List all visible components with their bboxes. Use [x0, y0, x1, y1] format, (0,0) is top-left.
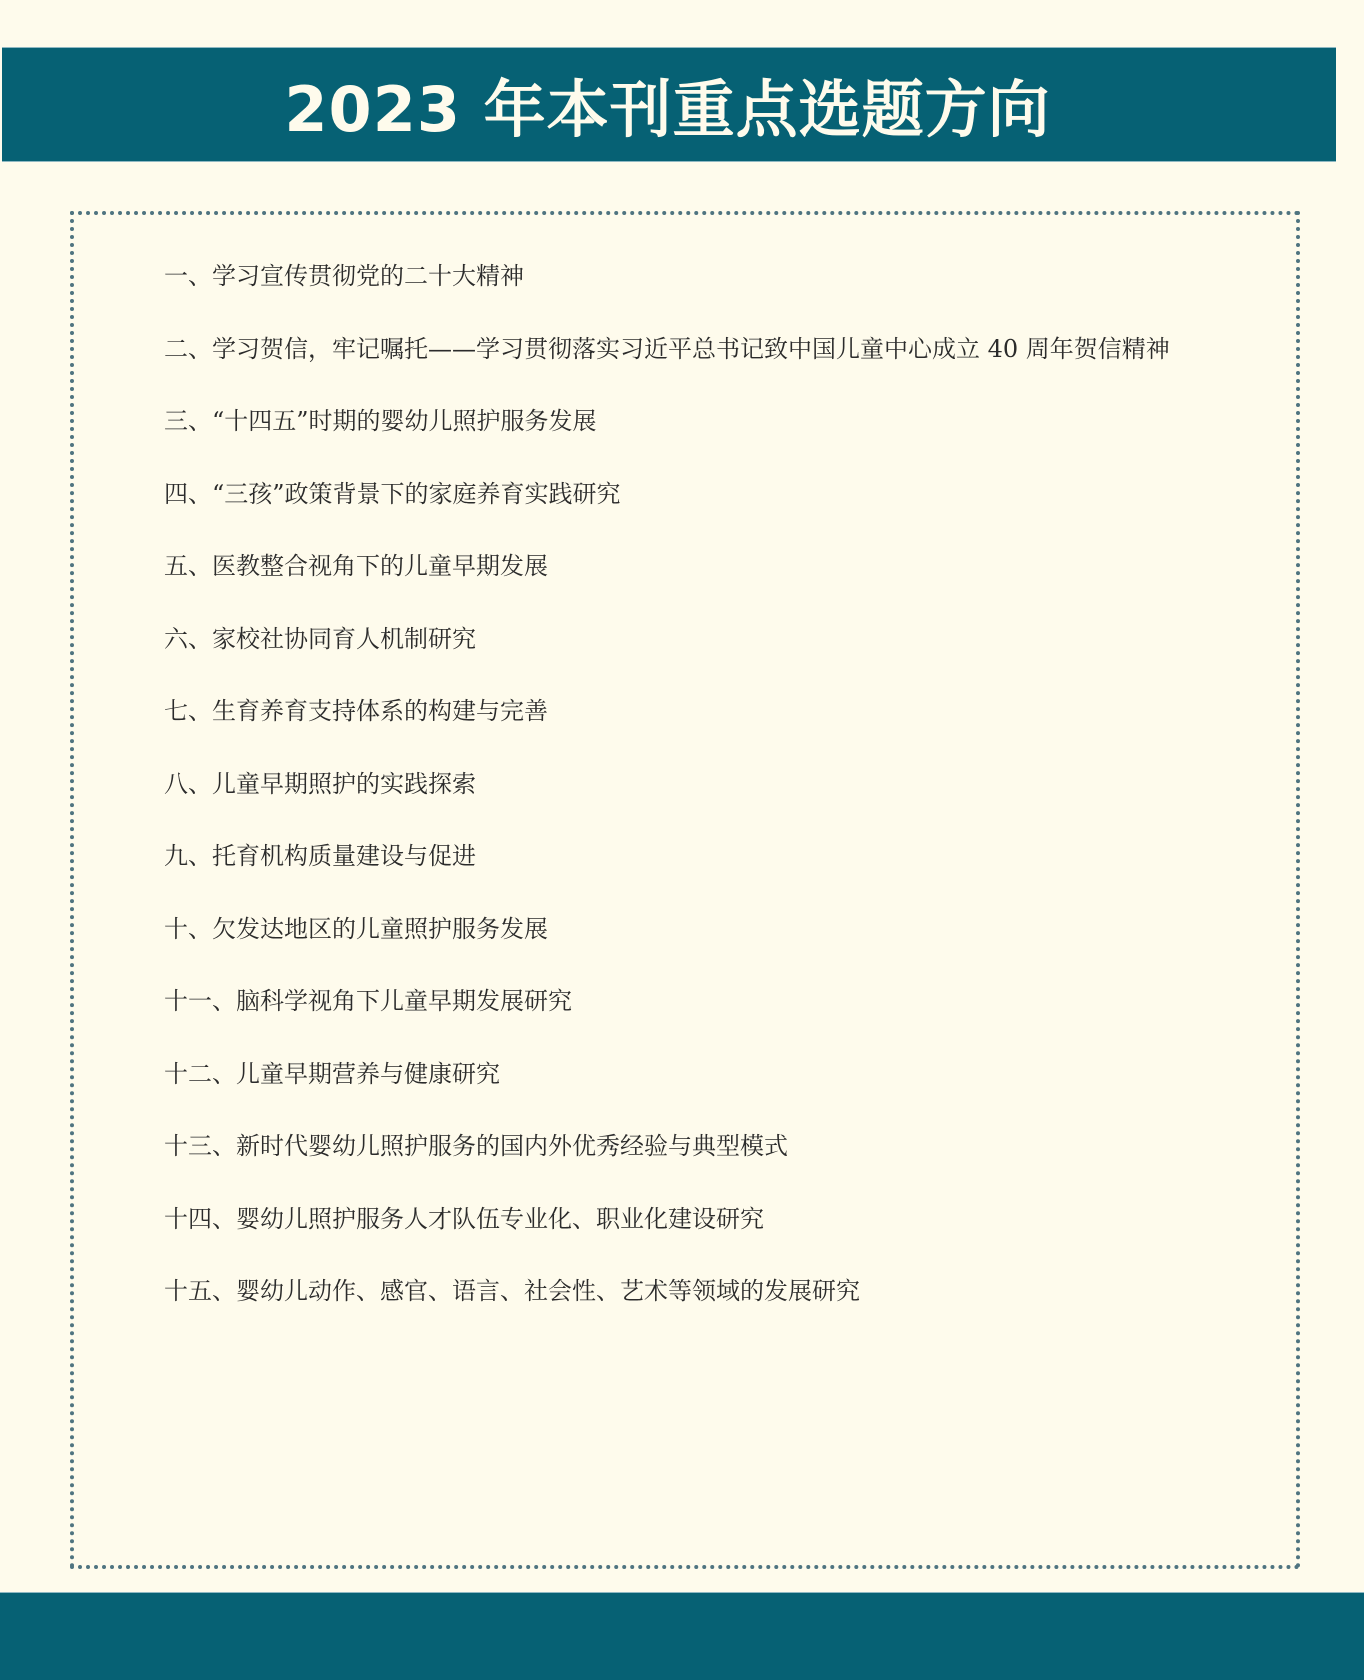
topic-item: 一、学习宣传贯彻党的二十大精神	[164, 254, 1224, 298]
topic-item: 十三、新时代婴幼儿照护服务的国内外优秀经验与典型模式	[164, 1124, 1224, 1168]
topic-item: 七、生育养育支持体系的构建与完善	[164, 689, 1224, 733]
topic-item: 十二、儿童早期营养与健康研究	[164, 1052, 1224, 1096]
topic-item: 六、家校社协同育人机制研究	[164, 617, 1224, 661]
topic-item: 三、“十四五”时期的婴幼儿照护服务发展	[164, 399, 1224, 443]
topic-item: 十一、脑科学视角下儿童早期发展研究	[164, 979, 1224, 1023]
topic-item: 十五、婴幼儿动作、感官、语言、社会性、艺术等领域的发展研究	[164, 1269, 1224, 1313]
topic-item: 五、医教整合视角下的儿童早期发展	[164, 544, 1224, 588]
page-title: 2023 年本刊重点选题方向	[284, 60, 1050, 149]
topic-list: 一、学习宣传贯彻党的二十大精神 二、学习贺信，牢记嘱托——学习贯彻落实习近平总书…	[164, 254, 1224, 1342]
topic-item: 四、“三孩”政策背景下的家庭养育实践研究	[164, 472, 1224, 516]
topic-item: 十四、婴幼儿照护服务人才队伍专业化、职业化建设研究	[164, 1197, 1224, 1241]
topic-item: 二、学习贺信，牢记嘱托——学习贯彻落实习近平总书记致中国儿童中心成立 40 周年…	[164, 327, 1224, 371]
header-band: 2023 年本刊重点选题方向	[2, 47, 1336, 162]
topic-item: 十、欠发达地区的儿童照护服务发展	[164, 907, 1224, 951]
topic-item: 八、儿童早期照护的实践探索	[164, 762, 1224, 806]
topic-item: 九、托育机构质量建设与促进	[164, 834, 1224, 878]
footer-band	[0, 1592, 1364, 1680]
